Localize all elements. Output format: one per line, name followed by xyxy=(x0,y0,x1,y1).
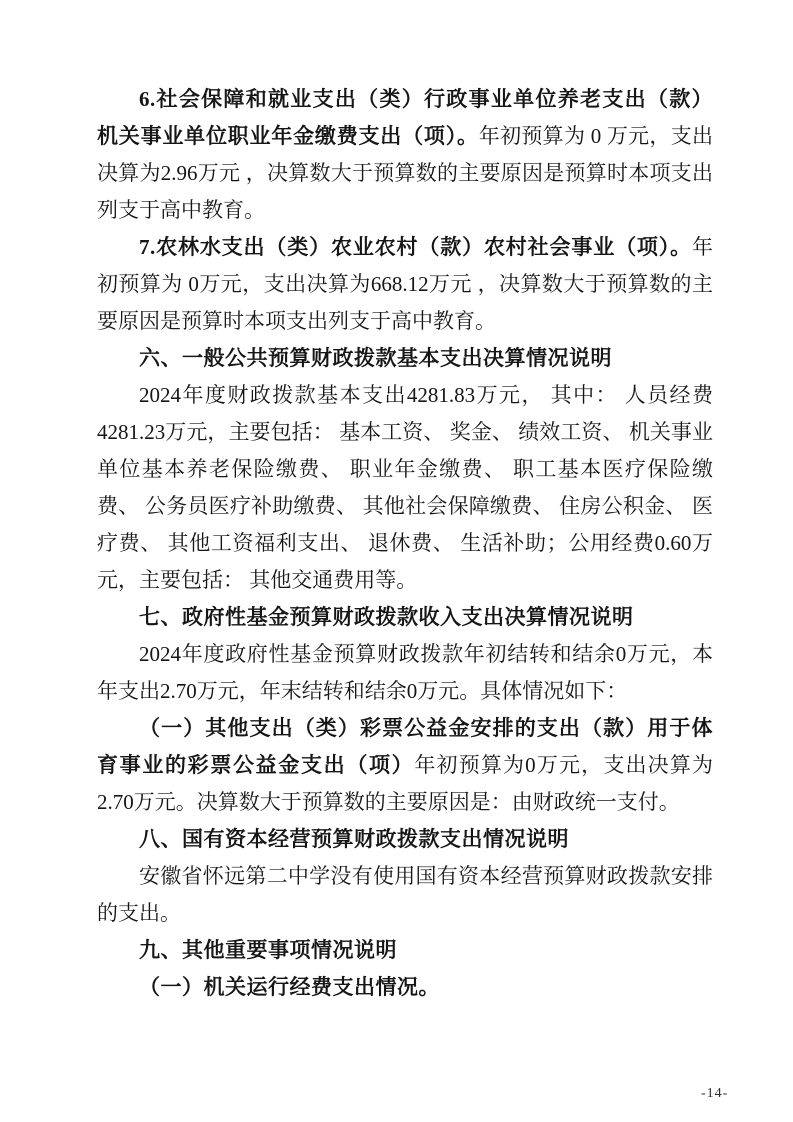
section-heading-9: 九、其他重要事项情况说明 xyxy=(97,932,713,969)
paragraph-gov-fund-summary: 2024年度政府性基金预算财政拨款年初结转和结余0万元，本年支出2.70万元，年… xyxy=(97,636,713,710)
paragraph-basic-expense-detail: 2024年度财政拨款基本支出4281.83万元， 其中： 人员经费4281.23… xyxy=(97,377,713,599)
section-heading-8: 八、国有资本经营预算财政拨款支出情况说明 xyxy=(97,821,713,858)
paragraph-state-capital-note: 安徽省怀远第二中学没有使用国有资本经营预算财政拨款安排的支出。 xyxy=(97,858,713,932)
operating-expense-subheading-text: （一）机关运行经费支出情况。 xyxy=(139,975,440,999)
paragraph-expense-item-6: 6.社会保障和就业支出（类）行政事业单位养老支出（款）机关事业单位职业年金缴费支… xyxy=(97,81,713,229)
section-heading-8-text: 八、国有资本经营预算财政拨款支出情况说明 xyxy=(139,828,569,851)
document-page: 6.社会保障和就业支出（类）行政事业单位养老支出（款）机关事业单位职业年金缴费支… xyxy=(0,0,793,1122)
paragraph-lottery-fund-item: （一）其他支出（类）彩票公益金安排的支出（款）用于体育事业的彩票公益金支出（项）… xyxy=(97,710,713,821)
paragraph-expense-item-7: 7.农林水支出（类）农业农村（款）农村社会事业（项）。年初预算为 0万元，支出决… xyxy=(97,229,713,340)
section-heading-7: 七、政府性基金预算财政拨款收入支出决算情况说明 xyxy=(97,599,713,636)
basic-expense-detail-text: 2024年度财政拨款基本支出4281.83万元， 其中： 人员经费4281.23… xyxy=(97,383,713,592)
gov-fund-summary-text: 2024年度政府性基金预算财政拨款年初结转和结余0万元，本年支出2.70万元，年… xyxy=(97,642,713,703)
expense-item-7-title: 7.农林水支出（类）农业农村（款）农村社会事业（项）。 xyxy=(139,235,692,259)
section-heading-6: 六、一般公共预算财政拨款基本支出决算情况说明 xyxy=(97,340,713,377)
state-capital-note-text: 安徽省怀远第二中学没有使用国有资本经营预算财政拨款安排的支出。 xyxy=(97,864,713,925)
page-number: -14- xyxy=(701,1086,728,1102)
section-heading-6-text: 六、一般公共预算财政拨款基本支出决算情况说明 xyxy=(139,347,612,370)
document-body: 6.社会保障和就业支出（类）行政事业单位养老支出（款）机关事业单位职业年金缴费支… xyxy=(97,81,713,1006)
section-heading-7-text: 七、政府性基金预算财政拨款收入支出决算情况说明 xyxy=(139,606,634,629)
section-heading-9-text: 九、其他重要事项情况说明 xyxy=(139,939,397,962)
paragraph-operating-expense-subheading: （一）机关运行经费支出情况。 xyxy=(97,969,713,1006)
